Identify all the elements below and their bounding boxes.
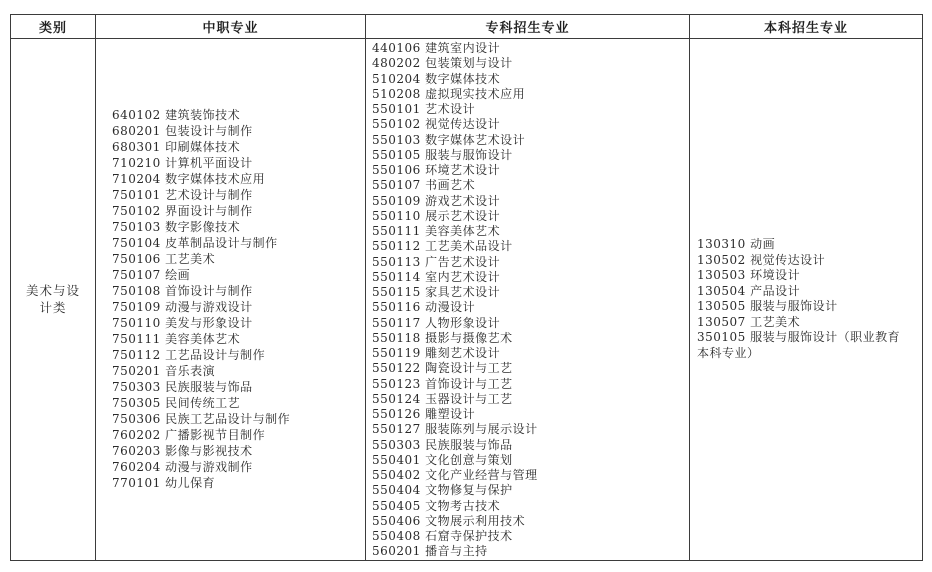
major-item: 550116 动漫设计 bbox=[372, 300, 687, 315]
major-item: 510208 虚拟现实技术应用 bbox=[372, 87, 687, 102]
major-item: 680301 印刷媒体技术 bbox=[112, 139, 365, 155]
major-item: 550107 书画艺术 bbox=[372, 178, 687, 193]
cell-benke-majors: 130310 动画130502 视觉传达设计130503 环境设计130504 … bbox=[690, 39, 923, 561]
major-item: 550102 视觉传达设计 bbox=[372, 117, 687, 132]
major-item: 760202 广播影视节目制作 bbox=[112, 427, 365, 443]
major-item: 750109 动漫与游戏设计 bbox=[112, 299, 365, 315]
major-item: 130502 视觉传达设计 bbox=[697, 253, 902, 269]
major-item: 550112 工艺美术品设计 bbox=[372, 239, 687, 254]
major-item: 550123 首饰设计与工艺 bbox=[372, 377, 687, 392]
major-item: 760203 影像与影视技术 bbox=[112, 443, 365, 459]
cell-category: 美术与设计类 bbox=[11, 39, 96, 561]
major-item: 550111 美容美体艺术 bbox=[372, 224, 687, 239]
major-item: 550115 家具艺术设计 bbox=[372, 285, 687, 300]
major-item: 550126 雕塑设计 bbox=[372, 407, 687, 422]
major-item: 550127 服装陈列与展示设计 bbox=[372, 422, 687, 437]
major-item: 550408 石窟寺保护技术 bbox=[372, 529, 687, 544]
major-item: 510204 数字媒体技术 bbox=[372, 72, 687, 87]
major-item: 480202 包装策划与设计 bbox=[372, 56, 687, 71]
major-item: 750108 首饰设计与制作 bbox=[112, 283, 365, 299]
header-row: 类别 中职专业 专科招生专业 本科招生专业 bbox=[11, 15, 923, 39]
major-item: 550404 文物修复与保护 bbox=[372, 483, 687, 498]
majors-table: 类别 中职专业 专科招生专业 本科招生专业 美术与设计类 640102 建筑装饰… bbox=[10, 14, 923, 561]
major-item: 130504 产品设计 bbox=[697, 284, 902, 300]
major-item: 550101 艺术设计 bbox=[372, 102, 687, 117]
major-item: 710210 计算机平面设计 bbox=[112, 155, 365, 171]
major-item: 440106 建筑室内设计 bbox=[372, 41, 687, 56]
cell-zhongzhi-majors: 640102 建筑装饰技术680201 包装设计与制作680301 印刷媒体技术… bbox=[96, 39, 366, 561]
major-item: 130505 服装与服饰设计 bbox=[697, 299, 902, 315]
major-item: 550119 雕刻艺术设计 bbox=[372, 346, 687, 361]
major-item: 550106 环境艺术设计 bbox=[372, 163, 687, 178]
major-item: 750102 界面设计与制作 bbox=[112, 203, 365, 219]
header-zhuanke-majors: 专科招生专业 bbox=[366, 15, 690, 39]
major-item: 750303 民族服装与饰品 bbox=[112, 379, 365, 395]
major-item: 350105 服装与服饰设计（职业教育本科专业） bbox=[697, 330, 902, 361]
major-item: 760204 动漫与游戏制作 bbox=[112, 459, 365, 475]
major-item: 750101 艺术设计与制作 bbox=[112, 187, 365, 203]
major-item: 750306 民族工艺品设计与制作 bbox=[112, 411, 365, 427]
major-item: 550406 文物展示利用技术 bbox=[372, 514, 687, 529]
major-item: 550118 摄影与摄像艺术 bbox=[372, 331, 687, 346]
major-item: 550105 服装与服饰设计 bbox=[372, 148, 687, 163]
major-item: 750107 绘画 bbox=[112, 267, 365, 283]
major-item: 130503 环境设计 bbox=[697, 268, 902, 284]
major-item: 750103 数字影像技术 bbox=[112, 219, 365, 235]
major-item: 550124 玉器设计与工艺 bbox=[372, 392, 687, 407]
major-item: 640102 建筑装饰技术 bbox=[112, 107, 365, 123]
major-item: 680201 包装设计与制作 bbox=[112, 123, 365, 139]
major-item: 710204 数字媒体技术应用 bbox=[112, 171, 365, 187]
header-category: 类别 bbox=[11, 15, 96, 39]
header-benke-majors: 本科招生专业 bbox=[690, 15, 923, 39]
major-item: 550103 数字媒体艺术设计 bbox=[372, 133, 687, 148]
major-item: 550114 室内艺术设计 bbox=[372, 270, 687, 285]
zhuanke-major-list: 440106 建筑室内设计480202 包装策划与设计510204 数字媒体技术… bbox=[372, 41, 687, 560]
major-item: 750110 美发与形象设计 bbox=[112, 315, 365, 331]
major-item: 550109 游戏艺术设计 bbox=[372, 194, 687, 209]
major-item: 550401 文化创意与策划 bbox=[372, 453, 687, 468]
major-item: 750201 音乐表演 bbox=[112, 363, 365, 379]
major-item: 750305 民间传统工艺 bbox=[112, 395, 365, 411]
table-row: 美术与设计类 640102 建筑装饰技术680201 包装设计与制作680301… bbox=[11, 39, 923, 561]
major-item: 750111 美容美体艺术 bbox=[112, 331, 365, 347]
header-zhongzhi-majors: 中职专业 bbox=[96, 15, 366, 39]
major-item: 750106 工艺美术 bbox=[112, 251, 365, 267]
benke-major-list: 130310 动画130502 视觉传达设计130503 环境设计130504 … bbox=[697, 237, 902, 361]
major-item: 130310 动画 bbox=[697, 237, 902, 253]
major-item: 770101 幼儿保育 bbox=[112, 475, 365, 491]
major-item: 130507 工艺美术 bbox=[697, 315, 902, 331]
major-item: 750104 皮革制品设计与制作 bbox=[112, 235, 365, 251]
major-item: 750112 工艺品设计与制作 bbox=[112, 347, 365, 363]
major-item: 550303 民族服装与饰品 bbox=[372, 438, 687, 453]
page: 类别 中职专业 专科招生专业 本科招生专业 美术与设计类 640102 建筑装饰… bbox=[0, 0, 932, 572]
major-item: 560201 播音与主持 bbox=[372, 544, 687, 559]
major-item: 550110 展示艺术设计 bbox=[372, 209, 687, 224]
category-label: 美术与设计类 bbox=[25, 282, 81, 316]
major-item: 550113 广告艺术设计 bbox=[372, 255, 687, 270]
major-item: 550402 文化产业经营与管理 bbox=[372, 468, 687, 483]
zhongzhi-major-list: 640102 建筑装饰技术680201 包装设计与制作680301 印刷媒体技术… bbox=[112, 107, 365, 491]
cell-zhuanke-majors: 440106 建筑室内设计480202 包装策划与设计510204 数字媒体技术… bbox=[366, 39, 690, 561]
major-item: 550122 陶瓷设计与工艺 bbox=[372, 361, 687, 376]
major-item: 550117 人物形象设计 bbox=[372, 316, 687, 331]
major-item: 550405 文物考古技术 bbox=[372, 499, 687, 514]
